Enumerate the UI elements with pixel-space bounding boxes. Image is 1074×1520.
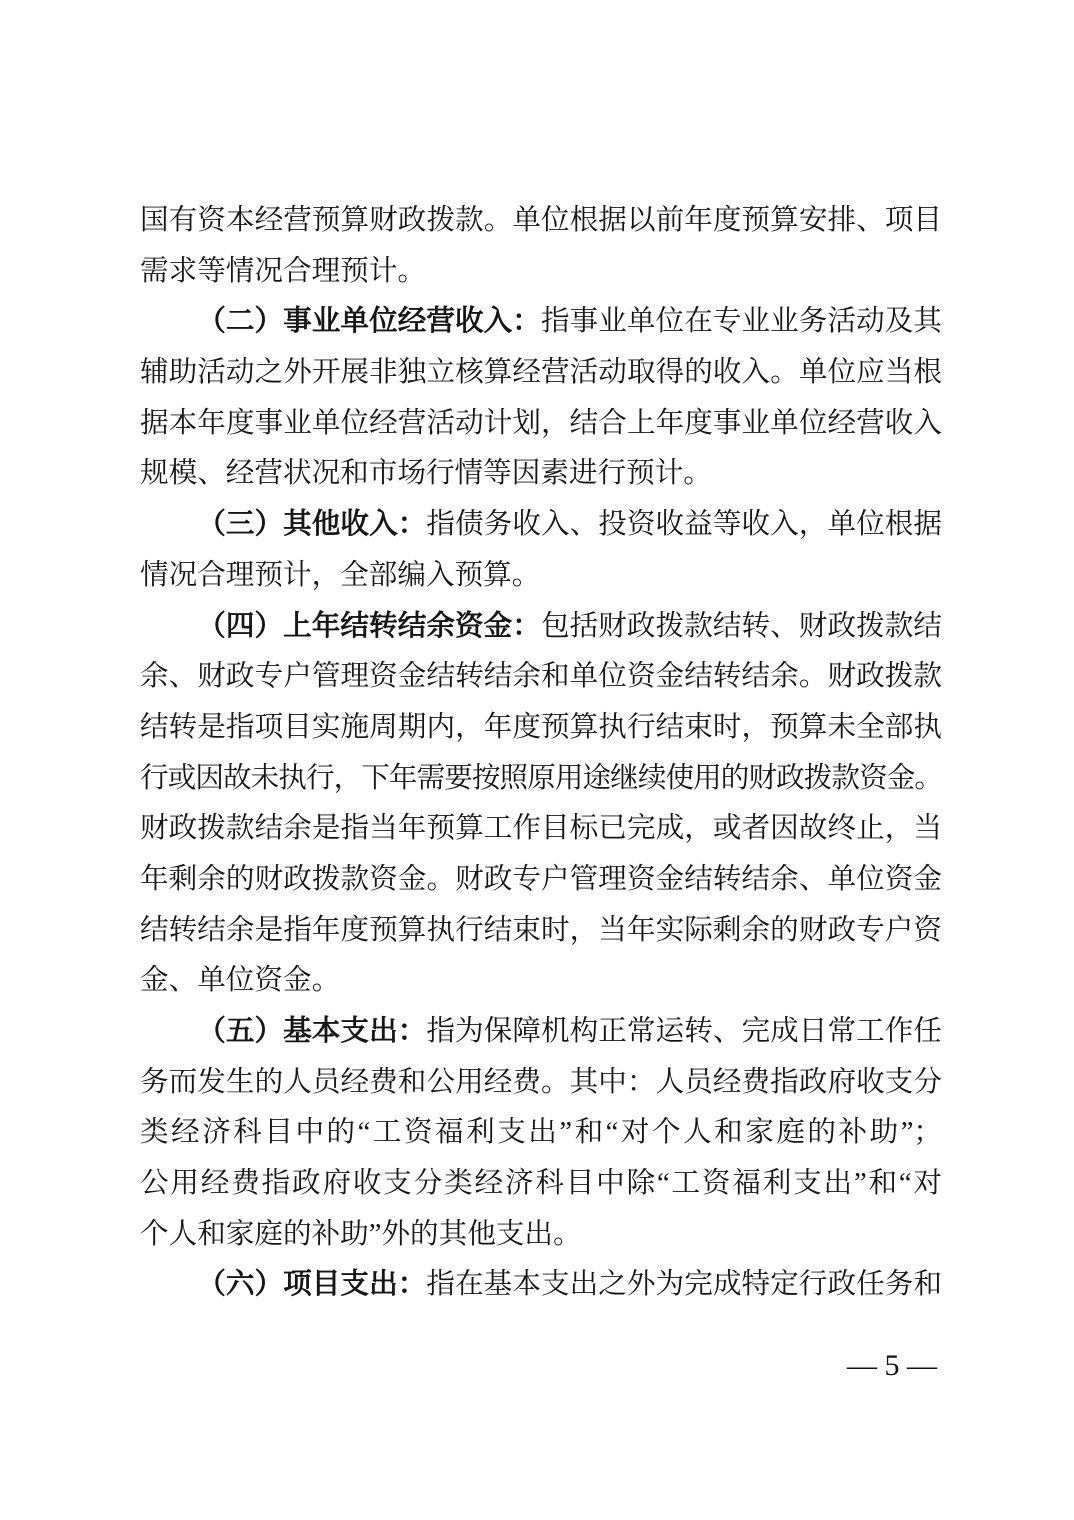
text-line: （四）上年结转结余资金：包括财政拨款结转、财政拨款结 bbox=[140, 602, 942, 653]
text-line: 务而发生的人员经费和公用经费。其中：人员经费指政府收支分 bbox=[140, 1058, 942, 1109]
text-segment: 指为保障机构正常运转、完成日常工作任 bbox=[426, 1016, 942, 1047]
text-segment: 余、财政专户管理资金结转结余和单位资金结转结余。财政拨款 bbox=[140, 661, 942, 692]
text-segment: 需求等情况合理预计。 bbox=[140, 256, 426, 287]
clause-heading-segment: （二）事业单位经营收入： bbox=[197, 306, 541, 337]
text-line: （五）基本支出：指为保障机构正常运转、完成日常工作任 bbox=[140, 1007, 942, 1058]
text-line: 结转结余是指年度预算执行结束时，当年实际剩余的财政专户资 bbox=[140, 906, 942, 957]
text-line: 财政拨款结余是指当年预算工作目标已完成，或者因故终止，当 bbox=[140, 804, 942, 855]
clause-heading-segment: （三）其他收入： bbox=[197, 509, 426, 540]
text-line: 年剩余的财政拨款资金。财政专户管理资金结转结余、单位资金 bbox=[140, 855, 942, 906]
text-line: 辅助活动之外开展非独立核算经营活动取得的收入。单位应当根 bbox=[140, 348, 942, 399]
text-line: （二）事业单位经营收入：指事业单位在专业业务活动及其 bbox=[140, 297, 942, 348]
text-line: （六）项目支出：指在基本支出之外为完成特定行政任务和 bbox=[140, 1260, 942, 1311]
text-line: 金、单位资金。 bbox=[140, 956, 942, 1007]
text-line: 情况合理预计，全部编入预算。 bbox=[140, 551, 942, 602]
text-line: 类经济科目中的“工资福利支出”和“对个人和家庭的补助”； bbox=[140, 1108, 942, 1159]
text-segment: 务而发生的人员经费和公用经费。其中：人员经费指政府收支分 bbox=[140, 1067, 942, 1098]
text-segment: 包括财政拨款结转、财政拨款结 bbox=[541, 611, 942, 642]
text-segment: 辅助活动之外开展非独立核算经营活动取得的收入。单位应当根 bbox=[140, 357, 942, 388]
text-segment: 财政拨款结余是指当年预算工作目标已完成，或者因故终止，当 bbox=[140, 813, 942, 844]
text-line: 行或因故未执行，下年需要按照原用途继续使用的财政拨款资金。 bbox=[140, 754, 942, 805]
text-line: 需求等情况合理预计。 bbox=[140, 247, 942, 298]
page-number: — 5 — bbox=[0, 1348, 937, 1384]
text-segment: 个人和家庭的补助”外的其他支出。 bbox=[140, 1219, 582, 1250]
text-segment: 年剩余的财政拨款资金。财政专户管理资金结转结余、单位资金 bbox=[140, 864, 942, 895]
text-line: 余、财政专户管理资金结转结余和单位资金结转结余。财政拨款 bbox=[140, 652, 942, 703]
text-line: 规模、经营状况和市场行情等因素进行预计。 bbox=[140, 449, 942, 500]
text-line: 结转是指项目实施周期内，年度预算执行结束时，预算未全部执 bbox=[140, 703, 942, 754]
document-body: 国有资本经营预算财政拨款。单位根据以前年度预算安排、项目需求等情况合理预计。（二… bbox=[140, 196, 942, 1311]
text-segment: 规模、经营状况和市场行情等因素进行预计。 bbox=[140, 458, 712, 489]
text-segment: 结转是指项目实施周期内，年度预算执行结束时，预算未全部执 bbox=[140, 712, 942, 743]
clause-heading-segment: （五）基本支出： bbox=[197, 1016, 426, 1047]
text-segment: 行或因故未执行，下年需要按照原用途继续使用的财政拨款资金。 bbox=[140, 763, 942, 794]
text-line: 个人和家庭的补助”外的其他支出。 bbox=[140, 1210, 942, 1261]
clause-heading-segment: （四）上年结转结余资金： bbox=[197, 611, 541, 642]
document-page: 国有资本经营预算财政拨款。单位根据以前年度预算安排、项目需求等情况合理预计。（二… bbox=[0, 0, 1074, 1520]
text-segment: 指在基本支出之外为完成特定行政任务和 bbox=[426, 1269, 942, 1300]
text-line: 据本年度事业单位经营活动计划，结合上年度事业单位经营收入 bbox=[140, 399, 942, 450]
text-segment: 指事业单位在专业业务活动及其 bbox=[541, 306, 942, 337]
text-segment: 结转结余是指年度预算执行结束时，当年实际剩余的财政专户资 bbox=[140, 915, 942, 946]
text-segment: 金、单位资金。 bbox=[140, 965, 340, 996]
text-line: 公用经费指政府收支分类经济科目中除“工资福利支出”和“对 bbox=[140, 1159, 942, 1210]
text-segment: 类经济科目中的“工资福利支出”和“对个人和家庭的补助”； bbox=[140, 1117, 942, 1148]
text-line: 国有资本经营预算财政拨款。单位根据以前年度预算安排、项目 bbox=[140, 196, 942, 247]
text-segment: 据本年度事业单位经营活动计划，结合上年度事业单位经营收入 bbox=[140, 408, 942, 439]
clause-heading-segment: （六）项目支出： bbox=[197, 1269, 426, 1300]
text-segment: 国有资本经营预算财政拨款。单位根据以前年度预算安排、项目 bbox=[140, 205, 942, 236]
text-segment: 情况合理预计，全部编入预算。 bbox=[140, 560, 540, 591]
text-segment: 公用经费指政府收支分类经济科目中除“工资福利支出”和“对 bbox=[140, 1168, 942, 1199]
text-segment: 指债务收入、投资收益等收入，单位根据 bbox=[426, 509, 942, 540]
text-line: （三）其他收入：指债务收入、投资收益等收入，单位根据 bbox=[140, 500, 942, 551]
